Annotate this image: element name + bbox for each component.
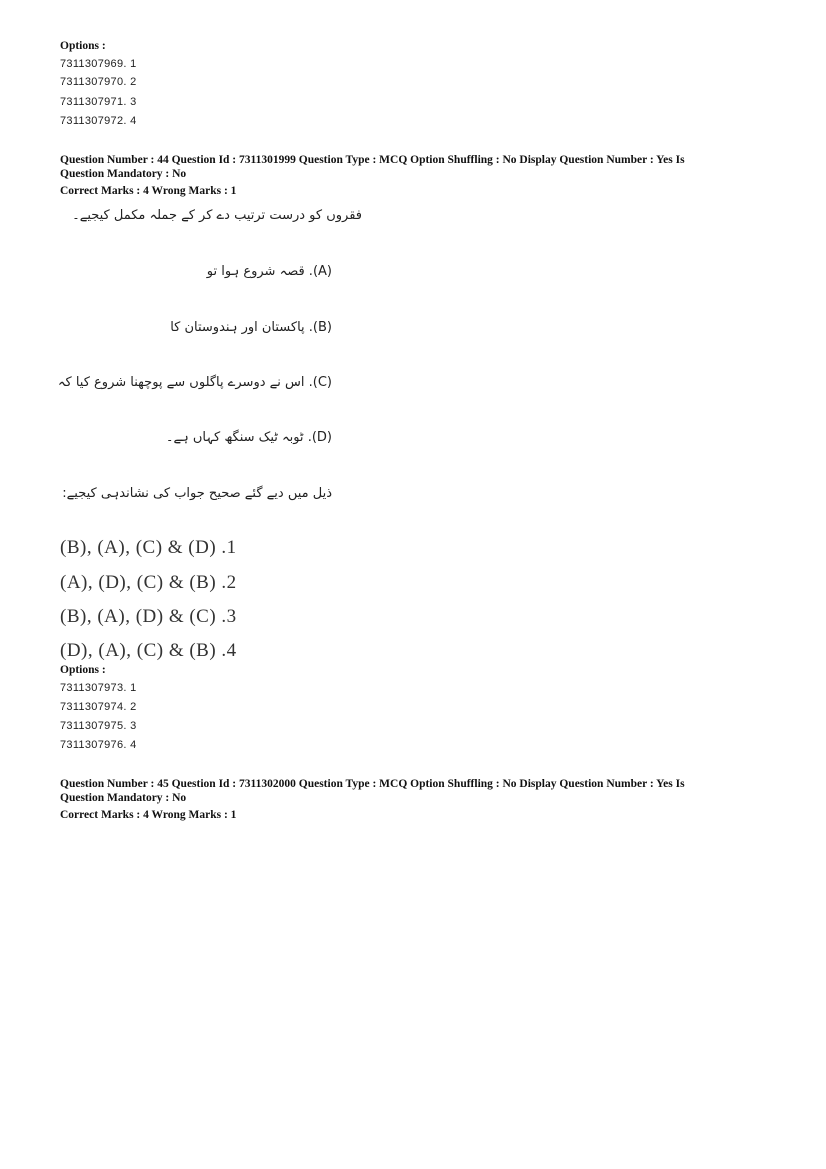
answer-prompt: ذیل میں دیے گئے صحیح جواب کی نشاندہی کیج… bbox=[62, 486, 332, 501]
option-item: 7311307972. 4 bbox=[60, 114, 137, 129]
statement-b: (B). پاکستان اور ہندوستان کا bbox=[170, 320, 332, 335]
question-44-marks: Correct Marks : 4 Wrong Marks : 1 bbox=[60, 184, 236, 199]
statement-c: (C). اس نے دوسرے پاگلوں سے پوچھنا شروع ک… bbox=[58, 375, 332, 390]
option-item: 7311307974. 2 bbox=[60, 700, 137, 715]
statement-a: (A). قصہ شروع ہوا تو bbox=[207, 264, 332, 279]
question-44-header: Question Number : 44 Question Id : 73113… bbox=[60, 153, 685, 168]
answer-choice-3: (B), (A), (D) & (C) .3 bbox=[60, 606, 237, 628]
option-item: 7311307971. 3 bbox=[60, 95, 137, 110]
options-label: Options : bbox=[60, 39, 106, 54]
option-item: 7311307975. 3 bbox=[60, 719, 137, 734]
question-45-header: Question Number : 45 Question Id : 73113… bbox=[60, 777, 685, 792]
option-item: 7311307970. 2 bbox=[60, 75, 137, 90]
option-item: 7311307976. 4 bbox=[60, 738, 137, 753]
question-45-mandatory: Question Mandatory : No bbox=[60, 791, 186, 806]
question-44-mandatory: Question Mandatory : No bbox=[60, 167, 186, 182]
question-44-image: فقروں کو درست ترتیب دے کر کے جملہ مکمل ک… bbox=[60, 200, 360, 670]
statement-d: (D). ٹوبہ ٹیک سنگھ کہاں ہے۔ bbox=[166, 430, 332, 445]
option-item: 7311307973. 1 bbox=[60, 681, 137, 696]
answer-choice-4: (D), (A), (C) & (B) .4 bbox=[60, 640, 237, 662]
question-instruction: فقروں کو درست ترتیب دے کر کے جملہ مکمل ک… bbox=[72, 208, 362, 223]
answer-choice-2: (A), (D), (C) & (B) .2 bbox=[60, 572, 237, 594]
answer-choice-1: (B), (A), (C) & (D) .1 bbox=[60, 537, 237, 559]
options-label: Options : bbox=[60, 663, 106, 678]
question-45-marks: Correct Marks : 4 Wrong Marks : 1 bbox=[60, 808, 236, 823]
option-item: 7311307969. 1 bbox=[60, 57, 137, 72]
